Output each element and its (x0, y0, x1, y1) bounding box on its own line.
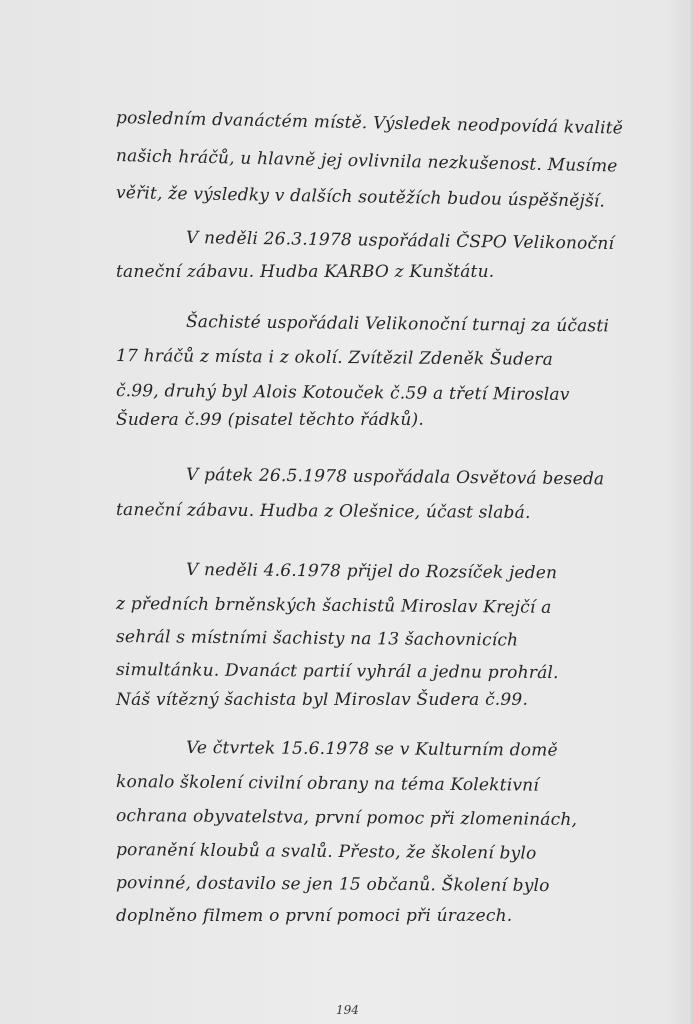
text-line: 17 hráčů z místa i z okolí. Zvítězil Zde… (116, 346, 553, 370)
text-line: věřit, že výsledky v dalších soutěžích b… (116, 183, 605, 212)
text-line: taneční zábavu. Hudba KARBO z Kunštátu. (116, 262, 494, 282)
text-line: V neděli 26.3.1978 uspořádali ČSPO Velik… (186, 228, 614, 254)
text-line: V pátek 26.5.1978 uspořádala Osvětová be… (186, 465, 605, 489)
text-line: z předních brněnských šachistů Miroslav … (116, 594, 552, 618)
scanned-page: posledním dvanáctém místě. Výsledek neod… (0, 0, 694, 1024)
text-line: sehrál s místními šachisty na 13 šachovn… (116, 627, 518, 651)
text-line: ochrana obyvatelstva, první pomoc při zl… (116, 806, 577, 830)
page-edge-shadow (688, 0, 694, 1024)
text-line: taneční zábavu. Hudba z Olešnice, účast … (116, 500, 531, 523)
text-line: č.99, druhý byl Alois Kotouček č.59 a tř… (116, 381, 570, 405)
text-line: V neděli 4.6.1978 přijel do Rozsíček jed… (186, 560, 557, 583)
text-line: Šachisté uspořádali Velikonoční turnaj z… (186, 312, 609, 336)
page-number: 194 (336, 1003, 359, 1017)
text-line: doplněno filmem o první pomoci při úraze… (116, 906, 512, 926)
text-line: posledním dvanáctém místě. Výsledek neod… (116, 108, 623, 139)
text-line: Náš vítězný šachista byl Miroslav Šudera… (116, 690, 528, 710)
text-line: Šudera č.99 (pisatel těchto řádků). (116, 410, 424, 430)
text-line: povinné, dostavilo se jen 15 občanů. Ško… (116, 873, 550, 896)
text-line: našich hráčů, u hlavně jej ovlivnila nez… (116, 146, 618, 177)
text-line: poranění kloubů a svalů. Přesto, že škol… (116, 840, 537, 864)
text-line: Ve čtvrtek 15.6.1978 se v Kulturním domě (186, 738, 558, 761)
text-line: konalo školení civilní obrany na téma Ko… (116, 772, 539, 796)
text-line: simultánku. Dvanáct partií vyhrál a jedn… (116, 660, 559, 683)
